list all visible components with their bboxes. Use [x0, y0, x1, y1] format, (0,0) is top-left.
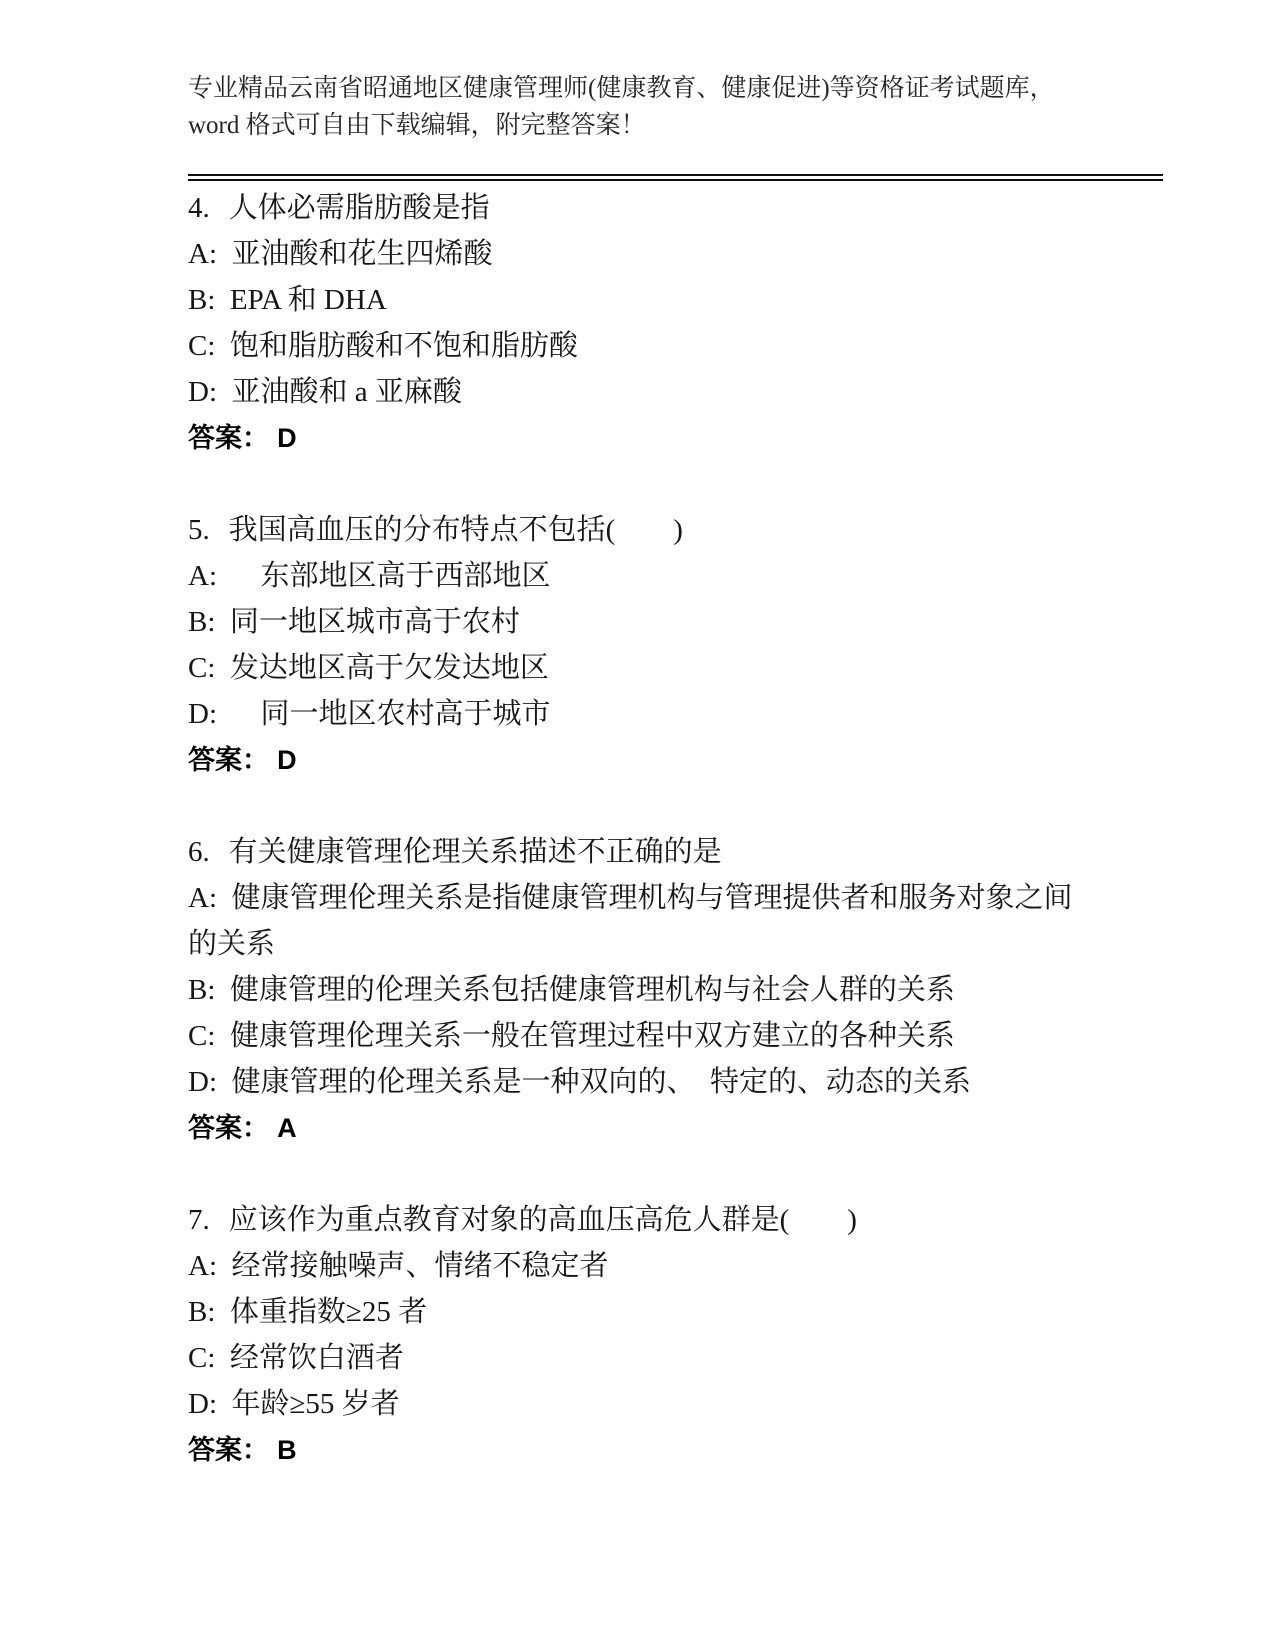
- option-text: 亚油酸和 a 亚麻酸: [232, 376, 462, 408]
- option-text: 健康管理的伦理关系包括健康管理机构与社会人群的关系: [230, 974, 955, 1006]
- question-list: 4.人体必需脂肪酸是指 A:亚油酸和花生四烯酸 B:EPA 和 DHA C:饱和…: [188, 181, 1163, 1473]
- option-row-a: A:健康管理伦理关系是指健康管理机构与管理提供者和服务对象之间 的关系: [188, 875, 1163, 967]
- option-text: 健康管理伦理关系是指健康管理机构与管理提供者和服务对象之间 的关系: [188, 882, 1073, 960]
- option-row-b: B:健康管理的伦理关系包括健康管理机构与社会人群的关系: [188, 967, 1163, 1013]
- answer-value: D: [277, 423, 297, 453]
- question-block-4: 4.人体必需脂肪酸是指 A:亚油酸和花生四烯酸 B:EPA 和 DHA C:饱和…: [188, 185, 1163, 461]
- answer-label: 答案：: [188, 1435, 269, 1465]
- option-label: A:: [188, 1250, 217, 1282]
- option-text: 同一地区农村高于城市: [232, 698, 551, 730]
- option-label: B:: [188, 974, 215, 1006]
- answer-value: B: [277, 1435, 297, 1465]
- question-number: 4.: [188, 192, 210, 224]
- option-row-b: B:同一地区城市高于农村: [188, 599, 1163, 645]
- option-row-d: D:亚油酸和 a 亚麻酸: [188, 369, 1163, 415]
- option-row-b: B:体重指数≥25 者: [188, 1289, 1163, 1335]
- question-number: 7.: [188, 1204, 210, 1236]
- question-stem-text: 有关健康管理伦理关系描述不正确的是: [229, 836, 722, 868]
- option-text: 健康管理伦理关系一般在管理过程中双方建立的各种关系: [230, 1020, 955, 1052]
- question-stem-text: 人体必需脂肪酸是指: [229, 192, 490, 224]
- option-text: 经常饮白酒者: [230, 1342, 404, 1374]
- option-label: D:: [188, 1388, 217, 1420]
- question-block-7: 7.应该作为重点教育对象的高血压高危人群是( ) A:经常接触噪声、情绪不稳定者…: [188, 1197, 1163, 1473]
- question-block-6: 6.有关健康管理伦理关系描述不正确的是 A:健康管理伦理关系是指健康管理机构与管…: [188, 829, 1163, 1151]
- option-text: 健康管理的伦理关系是一种双向的、 特定的、动态的关系: [232, 1066, 972, 1098]
- option-row-c: C:饱和脂肪酸和不饱和脂肪酸: [188, 323, 1163, 369]
- option-row-a: A:亚油酸和花生四烯酸: [188, 231, 1163, 277]
- document-page: 专业精品云南省昭通地区健康管理师(健康教育、健康促进)等资格证考试题库， wor…: [0, 0, 1275, 1650]
- option-row-c: C:发达地区高于欠发达地区: [188, 645, 1163, 691]
- option-label: B:: [188, 284, 215, 316]
- answer-value: D: [277, 745, 297, 775]
- question-stem-text: 应该作为重点教育对象的高血压高危人群是( ): [229, 1204, 857, 1236]
- header-line-1: 专业精品云南省昭通地区健康管理师(健康教育、健康促进)等资格证考试题库，: [188, 70, 1163, 107]
- option-row-a: A: 东部地区高于西部地区: [188, 553, 1163, 599]
- option-label: A:: [188, 560, 217, 592]
- answer-row: 答案：A: [188, 1105, 1163, 1151]
- answer-label: 答案：: [188, 745, 269, 775]
- option-label: C:: [188, 652, 215, 684]
- option-text: 东部地区高于西部地区: [232, 560, 551, 592]
- option-label: C:: [188, 1020, 215, 1052]
- question-stem: 7.应该作为重点教育对象的高血压高危人群是( ): [188, 1197, 1163, 1243]
- question-number: 5.: [188, 514, 210, 546]
- question-stem: 4.人体必需脂肪酸是指: [188, 185, 1163, 231]
- page-content: 专业精品云南省昭通地区健康管理师(健康教育、健康促进)等资格证考试题库， wor…: [188, 0, 1163, 1473]
- answer-value: A: [277, 1113, 297, 1143]
- header-line-2: word 格式可自由下载编辑，附完整答案！: [188, 107, 1163, 144]
- header-separator-rule: [188, 174, 1163, 181]
- option-row-d: D:年龄≥55 岁者: [188, 1381, 1163, 1427]
- option-label: B:: [188, 606, 215, 638]
- option-row-c: C:健康管理伦理关系一般在管理过程中双方建立的各种关系: [188, 1013, 1163, 1059]
- question-stem: 5.我国高血压的分布特点不包括( ): [188, 507, 1163, 553]
- answer-label: 答案：: [188, 1113, 269, 1143]
- answer-row: 答案：B: [188, 1427, 1163, 1473]
- option-label: A:: [188, 238, 217, 270]
- option-label: C:: [188, 330, 215, 362]
- option-label: D:: [188, 698, 217, 730]
- option-text: 体重指数≥25 者: [230, 1296, 427, 1328]
- exam-header: 专业精品云南省昭通地区健康管理师(健康教育、健康促进)等资格证考试题库， wor…: [188, 0, 1163, 144]
- option-label: D:: [188, 1066, 217, 1098]
- option-text: EPA 和 DHA: [230, 284, 387, 316]
- answer-row: 答案：D: [188, 415, 1163, 461]
- option-label: C:: [188, 1342, 215, 1374]
- option-label: A:: [188, 882, 217, 914]
- option-row-d: D:健康管理的伦理关系是一种双向的、 特定的、动态的关系: [188, 1059, 1163, 1105]
- question-stem-text: 我国高血压的分布特点不包括( ): [229, 514, 683, 546]
- option-text: 发达地区高于欠发达地区: [230, 652, 549, 684]
- question-number: 6.: [188, 836, 210, 868]
- option-row-d: D: 同一地区农村高于城市: [188, 691, 1163, 737]
- option-text: 同一地区城市高于农村: [230, 606, 520, 638]
- question-stem: 6.有关健康管理伦理关系描述不正确的是: [188, 829, 1163, 875]
- option-text: 亚油酸和花生四烯酸: [232, 238, 493, 270]
- option-row-c: C:经常饮白酒者: [188, 1335, 1163, 1381]
- answer-label: 答案：: [188, 423, 269, 453]
- option-text: 饱和脂肪酸和不饱和脂肪酸: [230, 330, 578, 362]
- question-block-5: 5.我国高血压的分布特点不包括( ) A: 东部地区高于西部地区 B:同一地区城…: [188, 507, 1163, 783]
- option-row-a: A:经常接触噪声、情绪不稳定者: [188, 1243, 1163, 1289]
- option-row-b: B:EPA 和 DHA: [188, 277, 1163, 323]
- option-label: B:: [188, 1296, 215, 1328]
- option-text: 经常接触噪声、情绪不稳定者: [232, 1250, 609, 1282]
- option-label: D:: [188, 376, 217, 408]
- option-text: 年龄≥55 岁者: [232, 1388, 400, 1420]
- answer-row: 答案：D: [188, 737, 1163, 783]
